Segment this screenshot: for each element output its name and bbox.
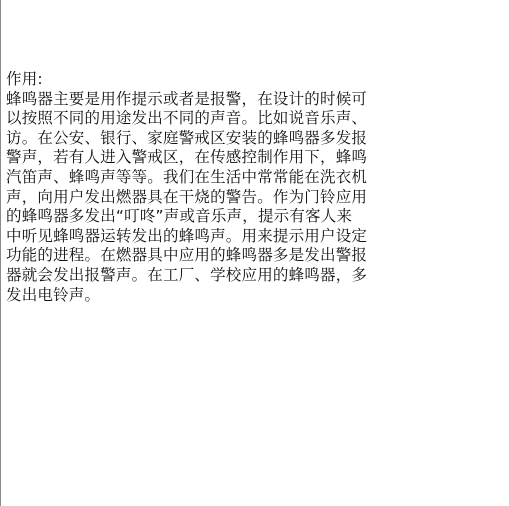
text-line: 声，向用户发出燃器具在干烧的警告。作为门铃应用	[6, 188, 381, 208]
text-line: 蜂鸣器主要是用作提示或者是报警，在设计的时候可	[6, 90, 381, 110]
text-line: 以按照不同的用途发出不同的声音。比如说音乐声、	[6, 109, 381, 129]
text-line: 中听见蜂鸣器运转发出的蜂鸣声。用来提示用户设定	[6, 227, 381, 247]
text-line: 器就会发出报警声。在工厂、学校应用的蜂鸣器，多	[6, 266, 381, 286]
text-line: 警声，若有人进入警戒区，在传感控制作用下，蜂鸣	[6, 148, 381, 168]
text-line: 汽笛声、蜂鸣声等等。我们在生活中常常能在洗衣机	[6, 168, 381, 188]
section-heading: 作用:	[6, 70, 381, 90]
document-page: 作用: 蜂鸣器主要是用作提示或者是报警，在设计的时候可 以按照不同的用途发出不同…	[0, 0, 509, 506]
text-line: 发出电铃声。	[6, 286, 381, 306]
text-line: 功能的进程。在燃器具中应用的蜂鸣器多是发出警报	[6, 246, 381, 266]
document-body: 作用: 蜂鸣器主要是用作提示或者是报警，在设计的时候可 以按照不同的用途发出不同…	[6, 70, 381, 305]
text-line: 访。在公安、银行、家庭警戒区安装的蜂鸣器多发报	[6, 129, 381, 149]
text-line: 的蜂鸣器多发出“叮咚”声或音乐声，提示有客人来	[6, 207, 381, 227]
